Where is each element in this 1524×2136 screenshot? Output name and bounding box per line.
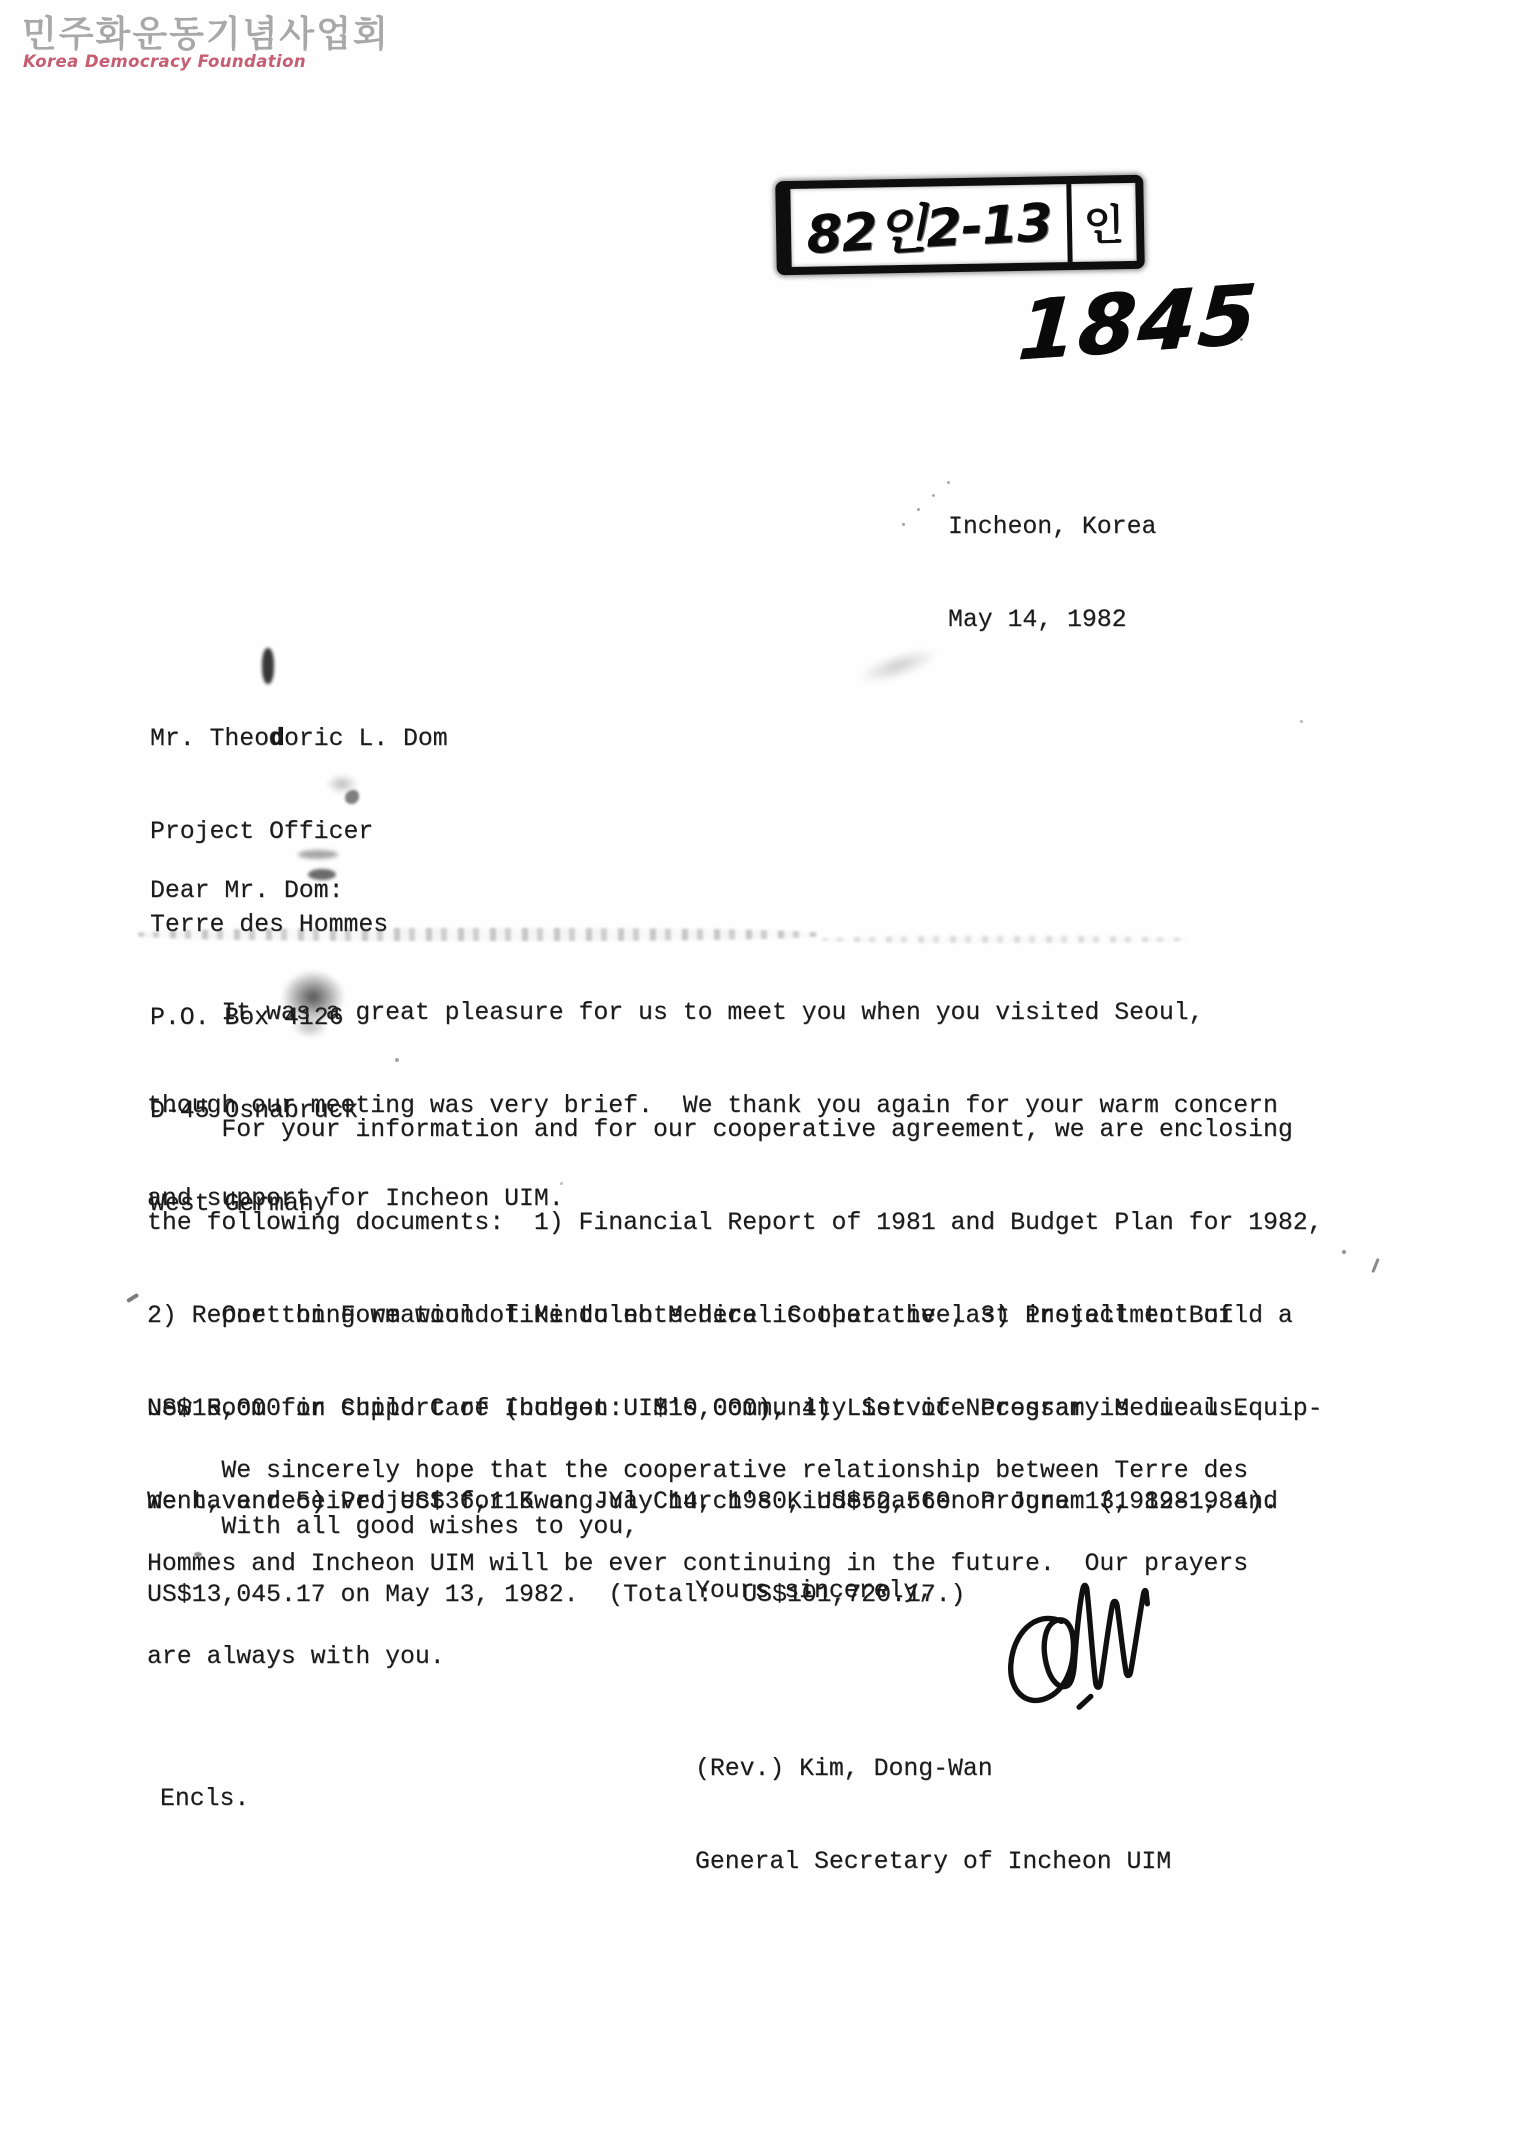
recipient-name-overstruck-letter: d — [269, 725, 284, 753]
good-wishes-line: With all good wishes to you, — [147, 1512, 638, 1543]
enclosures-note: Encls. — [160, 1784, 249, 1815]
salutation: Dear Mr. Dom: — [150, 876, 343, 907]
scan-speck — [902, 523, 905, 526]
stray-slash-mark — [1371, 1258, 1379, 1273]
korea-democracy-foundation-korean-logo: 민주화운동기념사업회 — [22, 6, 390, 57]
scan-speck — [1342, 1250, 1346, 1254]
stamp-handwritten-number: 82인2-13 — [789, 177, 1069, 269]
korea-democracy-foundation-english-logo: Korea Democracy Foundation — [23, 52, 306, 71]
scan-speck — [917, 508, 920, 511]
handwritten-number-1845: 1845 — [1015, 267, 1261, 379]
signature-block: (Rev.) Kim, Dong-Wan General Secretary o… — [695, 1692, 1171, 1940]
valediction: Yours sincerely, — [695, 1576, 933, 1607]
body-line: We sincerely hope that the cooperative r… — [147, 1456, 1248, 1487]
recipient-name-pre: Mr. Theo — [150, 725, 269, 753]
scan-speck — [1300, 720, 1303, 723]
body-line: It was a great pleasure for us to meet y… — [147, 998, 1278, 1029]
dateline-location: Incheon, Korea — [948, 512, 1156, 543]
recipient-title: Project Officer — [150, 817, 448, 848]
recipient-name-post: oric L. Dom — [284, 725, 448, 753]
scan-speck — [932, 494, 935, 497]
signer-name: (Rev.) Kim, Dong-Wan — [695, 1754, 1171, 1785]
archive-stamp-box: 82인2-13 인 — [775, 175, 1145, 275]
dateline: Incheon, Korea May 14, 1982 — [948, 450, 1156, 698]
body-line: the following documents: 1) Financial Re… — [147, 1208, 1323, 1239]
stamp-seal-character: 인 — [1066, 183, 1136, 262]
scanned-letter-page: 민주화운동기념사업회 Korea Democracy Foundation 82… — [0, 0, 1524, 2136]
recipient-name: Mr. Theodoric L. Dom — [150, 724, 448, 755]
dateline-date: May 14, 1982 — [948, 605, 1156, 636]
smudge-near-name — [854, 642, 941, 691]
signer-title: General Secretary of Incheon UIM — [695, 1847, 1171, 1878]
margin-tick-mark — [126, 1293, 139, 1303]
body-line: For your information and for our coopera… — [147, 1115, 1323, 1146]
body-line: One thing we would like to note here is … — [147, 1301, 1278, 1332]
